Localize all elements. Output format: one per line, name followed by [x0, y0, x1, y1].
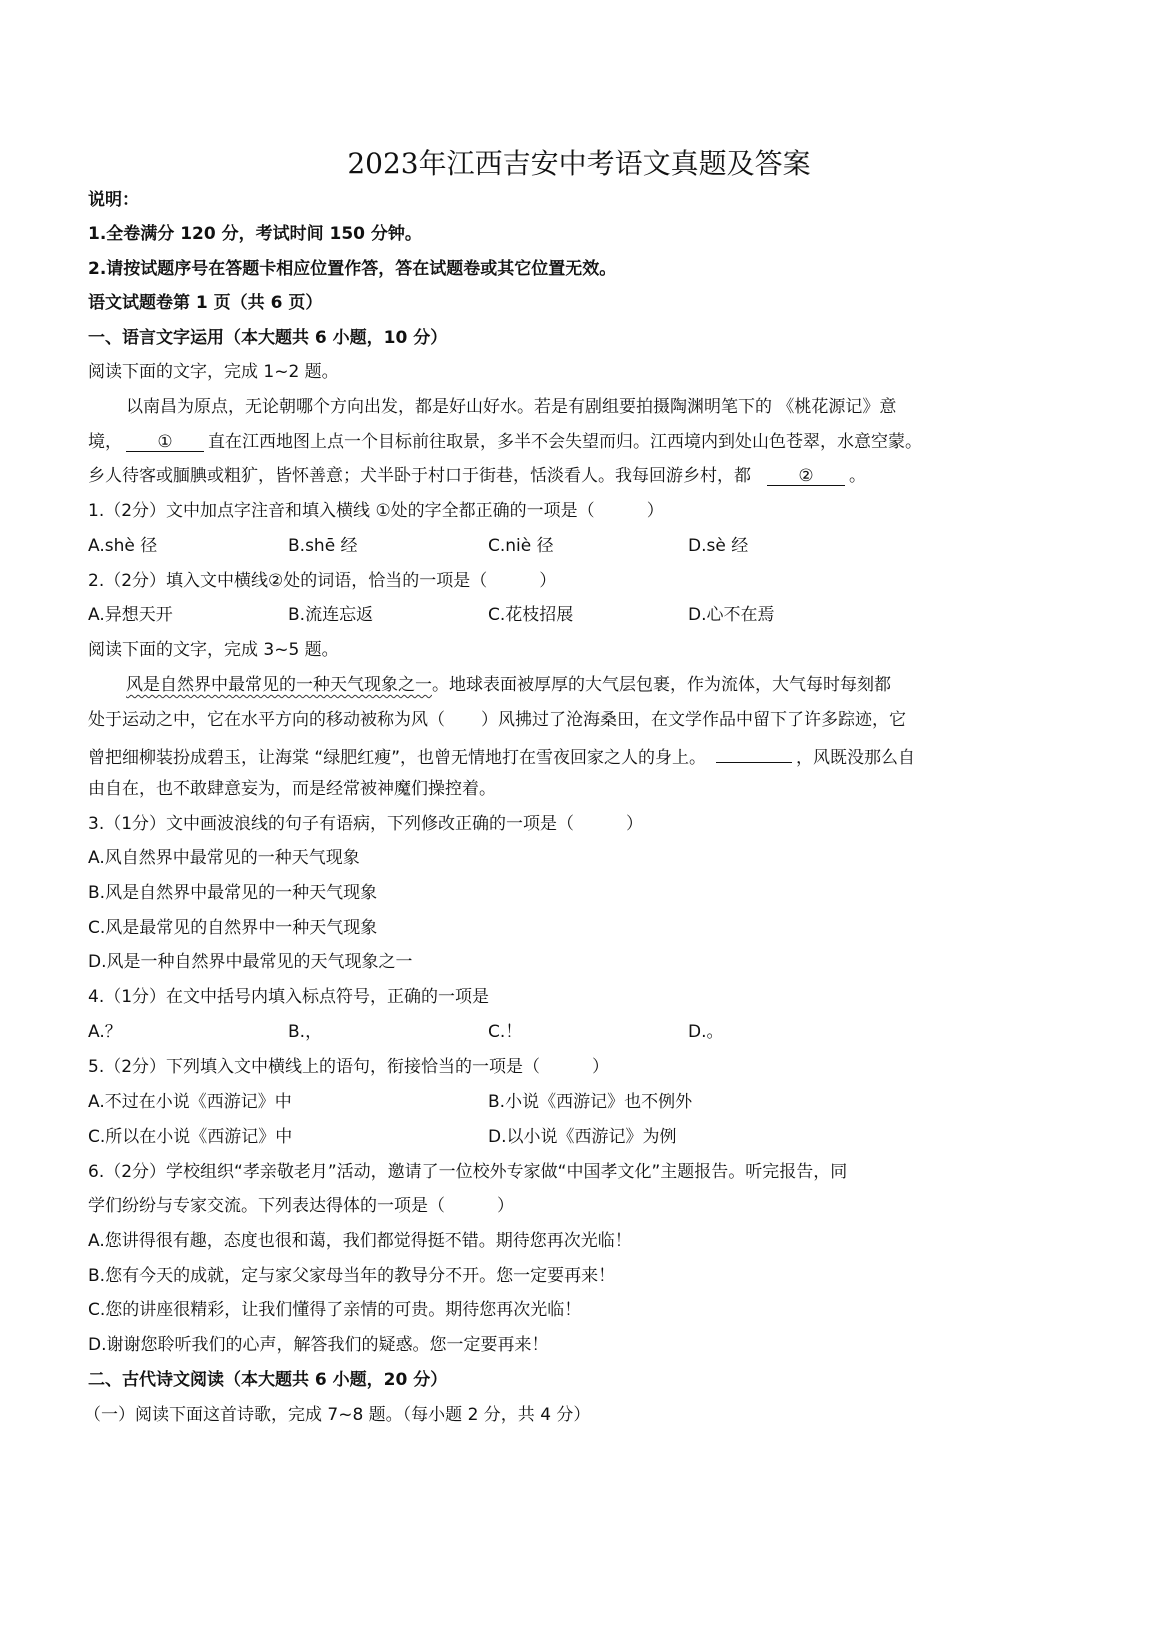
option-a[interactable]: A.shè 径: [88, 534, 288, 558]
instruction-item: 1.全卷满分 120 分，考试时间 150 分钟。: [88, 222, 1078, 246]
option-d[interactable]: D.风是一种自然界中最常见的天气现象之一: [88, 950, 1078, 974]
question-2: 2.（2分）填入文中横线②处的词语，恰当的一项是（）: [88, 569, 1078, 593]
exam-page: 2023年江西吉安中考语文真题及答案 说明： 1.全卷满分 120 分，考试时间…: [0, 0, 1158, 1638]
fill-blank-1: ①: [126, 431, 204, 452]
option-b[interactable]: B.流连忘返: [288, 603, 488, 627]
option-c[interactable]: C.花枝招展: [488, 603, 688, 627]
passage-text: ）风拂过了沧海桑田，在文学作品中留下了许多踪迹，它: [481, 710, 906, 730]
section-heading: 一、语言文字运用（本大题共 6 小题，10 分）: [88, 326, 1078, 350]
passage-text: 曾把细柳装扮成碧玉，让海棠 “绿肥红瘦”，也曾无情地打在雪夜回家之人的身上。: [88, 748, 706, 768]
passage-line: 由自在，也不敢肆意妄为，而是经常被神魔们操控着。: [88, 777, 1078, 801]
options-row: A.？B.，C.！D.。: [88, 1020, 1078, 1044]
reading-prompt: 阅读下面的文字，完成 3~5 题。: [88, 638, 1078, 662]
passage-text: 。: [849, 466, 866, 486]
question-paren: ）: [626, 814, 643, 834]
question-stem: 3.（1分）文中画波浪线的句子有语病，下列修改正确的一项是（: [88, 814, 574, 834]
passage-text: 。地球表面被厚厚的大气层包裹，作为流体，大气每时每刻都: [432, 675, 891, 695]
question-paren: ）: [592, 1057, 609, 1077]
options-row: A.异想天开B.流连忘返C.花枝招展D.心不在焉: [88, 603, 1078, 627]
option-d[interactable]: D.sè 经: [688, 534, 888, 558]
question-paren: ）: [647, 501, 664, 521]
option-d[interactable]: D.。: [688, 1020, 888, 1044]
passage-line: 处于运动之中，它在水平方向的移动被称为风（）风拂过了沧海桑田，在文学作品中留下了…: [88, 708, 1078, 732]
options-row: C.所以在小说《西游记》中D.以小说《西游记》为例: [88, 1125, 1078, 1149]
passage-line: 以南昌为原点，无论朝哪个方向出发，都是好山好水。若是有剧组要拍摄陶渊明笔下的 《…: [88, 395, 1078, 419]
question-6-cont: 学们纷纷与专家交流。下列表达得体的一项是（）: [88, 1194, 1078, 1218]
option-b[interactable]: B.您有今天的成就，定与家父家母当年的教导分不开。您一定要再来！: [88, 1264, 1078, 1288]
option-a[interactable]: A.风自然界中最常见的一种天气现象: [88, 846, 1078, 870]
question-3: 3.（1分）文中画波浪线的句子有语病，下列修改正确的一项是（）: [88, 812, 1078, 836]
passage-text: 乡人待客或腼腆或粗犷，皆怀善意；犬半卧于村口于街巷，恬淡看人。我每回游乡村，都: [88, 466, 751, 486]
wavy-underlined-sentence: 风是自然界中最常见的一种天气现象之一: [126, 675, 432, 695]
option-c[interactable]: C.风是最常见的自然界中一种天气现象: [88, 916, 1078, 940]
fill-blank-2: ②: [767, 465, 845, 486]
option-c[interactable]: C.！: [488, 1020, 688, 1044]
question-5: 5.（2分）下列填入文中横线上的语句，衔接恰当的一项是（）: [88, 1055, 1078, 1079]
options-row: A.不过在小说《西游记》中B.小说《西游记》也不例外: [88, 1090, 1078, 1114]
option-b[interactable]: B.shē 经: [288, 534, 488, 558]
instruction-item: 2.请按试题序号在答题卡相应位置作答，答在试题卷或其它位置无效。: [88, 257, 1078, 281]
passage-line: 乡人待客或腼腆或粗犷，皆怀善意；犬半卧于村口于街巷，恬淡看人。我每回游乡村，都②…: [88, 464, 1078, 488]
question-stem: 2.（2分）填入文中横线②处的词语，恰当的一项是（: [88, 571, 487, 591]
passage-text: ，风既没那么自: [796, 748, 915, 768]
option-a[interactable]: A.您讲得很有趣，态度也很和蔼，我们都觉得挺不错。期待您再次光临！: [88, 1229, 1078, 1253]
instructions-heading: 说明：: [88, 188, 1078, 212]
question-stem: 1.（2分）文中加点字注音和填入横线 ①处的字全都正确的一项是（: [88, 501, 595, 521]
option-b[interactable]: B.，: [288, 1020, 488, 1044]
document-title: 2023年江西吉安中考语文真题及答案: [0, 142, 1158, 182]
option-d[interactable]: D.心不在焉: [688, 603, 888, 627]
subsection-prompt: （一）阅读下面这首诗歌，完成 7~8 题。（每小题 2 分，共 4 分）: [84, 1403, 1074, 1427]
reading-prompt: 阅读下面的文字，完成 1~2 题。: [88, 360, 1078, 384]
option-d[interactable]: D.谢谢您聆听我们的心声，解答我们的疑惑。您一定要再来！: [88, 1333, 1078, 1357]
question-stem: 学们纷纷与专家交流。下列表达得体的一项是（: [88, 1196, 445, 1216]
page-info: 语文试题卷第 1 页（共 6 页）: [88, 291, 1078, 315]
question-paren: ）: [539, 571, 556, 591]
passage-text: 直在江西地图上点一个目标前往取景，多半不会失望而归。江西境内到处山色苍翠，水意空…: [208, 432, 922, 452]
passage-text: 处于运动之中，它在水平方向的移动被称为风（: [88, 710, 445, 730]
option-d[interactable]: D.以小说《西游记》为例: [488, 1125, 888, 1149]
option-b[interactable]: B.小说《西游记》也不例外: [488, 1090, 888, 1114]
option-c[interactable]: C.所以在小说《西游记》中: [88, 1125, 488, 1149]
options-row: A.shè 径B.shē 经C.niè 径D.sè 经: [88, 534, 1078, 558]
question-1: 1.（2分）文中加点字注音和填入横线 ①处的字全都正确的一项是（）: [88, 499, 1078, 523]
fill-blank: [716, 742, 792, 763]
passage-line: 风是自然界中最常见的一种天气现象之一。地球表面被厚厚的大气层包裹，作为流体，大气…: [88, 673, 1078, 697]
option-b[interactable]: B.风是自然界中最常见的一种天气现象: [88, 881, 1078, 905]
option-a[interactable]: A.？: [88, 1020, 288, 1044]
option-a[interactable]: A.不过在小说《西游记》中: [88, 1090, 488, 1114]
question-stem: 5.（2分）下列填入文中横线上的语句，衔接恰当的一项是（: [88, 1057, 540, 1077]
passage-line: 曾把细柳装扮成碧玉，让海棠 “绿肥红瘦”，也曾无情地打在雪夜回家之人的身上。，风…: [88, 742, 1078, 770]
option-c[interactable]: C.您的讲座很精彩，让我们懂得了亲情的可贵。期待您再次光临！: [88, 1298, 1078, 1322]
option-c[interactable]: C.niè 径: [488, 534, 688, 558]
option-a[interactable]: A.异想天开: [88, 603, 288, 627]
passage-line: 境，①直在江西地图上点一个目标前往取景，多半不会失望而归。江西境内到处山色苍翠，…: [88, 430, 1078, 454]
section-heading: 二、古代诗文阅读（本大题共 6 小题，20 分）: [88, 1368, 1078, 1392]
question-4: 4.（1分）在文中括号内填入标点符号，正确的一项是: [88, 985, 1078, 1009]
passage-text: 境，: [88, 432, 122, 452]
question-6: 6.（2分）学校组织“孝亲敬老月”活动，邀请了一位校外专家做“中国孝文化”主题报…: [88, 1160, 1078, 1184]
question-paren: ）: [497, 1196, 514, 1216]
